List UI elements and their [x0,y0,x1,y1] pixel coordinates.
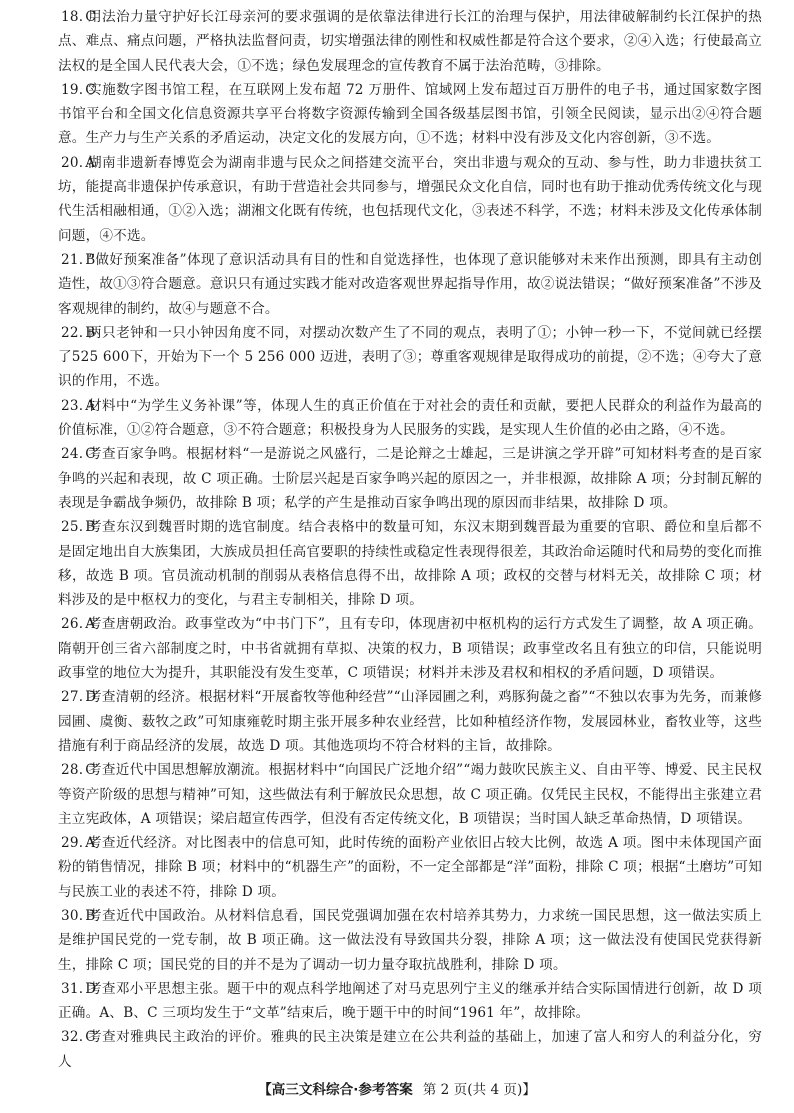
footer-title: 【高三文科综合·参考答案 [258,1082,413,1098]
answer-letter: A [85,616,95,632]
answer-letter: C [85,9,96,25]
answer-explanation: 考查唐朝政治。政事堂改为“中书门下”，且有专印，体现唐初中枢机构的运行方式发生了… [58,616,762,681]
answer-explanation: 考查近代中国政治。从材料信息看，国民党强调加强在农村培养其势力，力求统一国民思想… [58,908,762,973]
answer-item: 28.C考查近代中国思想解放潮流。根据材料中“向国民广泛地介绍”“竭力鼓吹民族主… [0,758,794,831]
question-number: 29. [61,835,83,851]
answer-explanation: 考查近代中国思想解放潮流。根据材料中“向国民广泛地介绍”“竭力鼓吹民族主义、自由… [58,762,762,827]
answer-number: 30.B [31,904,89,928]
question-number: 21. [61,252,83,268]
answer-number: 24.C [31,442,89,466]
question-number: 26. [61,616,83,632]
answer-number: 26.A [31,612,89,636]
answer-letter: B [85,325,95,341]
question-number: 22. [61,325,83,341]
answer-number: 21.B [31,248,89,272]
answer-item: 27.D考查清朝的经济。根据材料“开展畜牧等他种经营”“山泽园圃之利，鸡豚狗彘之… [0,685,794,758]
answer-letter: D [85,981,96,997]
answer-letter: C [85,1029,96,1045]
answer-number: 25.B [31,515,89,539]
question-number: 30. [61,908,83,924]
answer-explanation: “做好预案准备”体现了意识活动具有目的性和自觉选择性，也体现了意识能够对未来作出… [58,252,762,317]
answer-explanation: 考查百家争鸣。根据材料“一是游说之风盛行，二是论辩之士雄起，三是讲演之学开辟”可… [58,446,762,511]
answer-letter: C [85,446,96,462]
answer-item: 20.A湖南非遗新春博览会为湖南非遗与民众之间搭建交流平台，突出非遗与观众的互动… [0,151,794,248]
question-number: 25. [61,519,83,535]
question-number: 32. [61,1029,83,1045]
question-number: 18. [61,9,83,25]
answer-explanation: 实施数字图书馆工程，在互联网上发布超 72 万册件、馆域网上发布超过百万册件的电… [58,82,762,147]
answer-letter: B [85,519,95,535]
answer-item: 26.A考查唐朝政治。政事堂改为“中书门下”，且有专印，体现唐初中枢机构的运行方… [0,612,794,685]
answer-item: 32.C考查对雅典民主政治的评价。雅典的民主决策是建立在公共利益的基础上，加速了… [0,1025,794,1074]
answer-letter: A [85,155,95,171]
question-number: 24. [61,446,83,462]
answer-explanation: 考查东汉到魏晋时期的选官制度。结合表格中的数量可知，东汉末期到魏晋最为重要的官职… [58,519,762,608]
answer-number: 23.A [31,394,89,418]
answer-letter: B [85,908,95,924]
answer-key-page: 18.C用法治力量守护好长江母亲河的要求强调的是依靠法律进行长江的治理与保护，用… [0,5,794,1074]
answer-explanation: 两只老钟和一只小钟因角度不同，对摆动次数产生了不同的观点，表明了①；小钟一秒一下… [58,325,762,390]
answer-item: 19.C实施数字图书馆工程，在互联网上发布超 72 万册件、馆域网上发布超过百万… [0,78,794,151]
answer-item: 18.C用法治力量守护好长江母亲河的要求强调的是依靠法律进行长江的治理与保护，用… [0,5,794,78]
answer-explanation: 湖南非遗新春博览会为湖南非遗与民众之间搭建交流平台，突出非遗与观众的互动、参与性… [58,155,762,244]
answer-number: 18.C [31,5,89,29]
answer-letter: A [85,835,95,851]
answer-number: 22.B [31,321,89,345]
answer-letter: C [85,82,96,98]
answer-item: 25.B考查东汉到魏晋时期的选官制度。结合表格中的数量可知，东汉末期到魏晋最为重… [0,515,794,612]
answer-item: 24.C考查百家争鸣。根据材料“一是游说之风盛行，二是论辩之士雄起，三是讲演之学… [0,442,794,515]
answer-explanation: 材料中“为学生义务补课”等，体现人生的真正价值在于对社会的责任和贡献，要把人民群… [58,398,762,438]
answer-number: 31.D [31,977,89,1001]
answer-letter: C [85,762,96,778]
answer-letter: A [85,398,95,414]
answer-letter: D [85,689,96,705]
answer-explanation: 考查清朝的经济。根据材料“开展畜牧等他种经营”“山泽园圃之利，鸡豚狗彘之畜”“不… [58,689,762,754]
answer-letter: B [85,252,95,268]
answer-item: 22.B两只老钟和一只小钟因角度不同，对摆动次数产生了不同的观点，表明了①；小钟… [0,321,794,394]
footer-page-number: 第 2 页(共 4 页)】 [423,1082,536,1098]
page-footer: 【高三文科综合·参考答案第 2 页(共 4 页)】 [0,1078,794,1098]
answer-item: 31.D考查邓小平思想主张。题干中的观点科学地阐述了对马克思列宁主义的继承并结合… [0,977,794,1026]
answer-explanation: 考查近代经济。对比图表中的信息可知，此时传统的面粉产业依旧占较大比例，故选 A … [58,835,762,900]
question-number: 19. [61,82,83,98]
question-number: 23. [61,398,83,414]
answer-item: 29.A考查近代经济。对比图表中的信息可知，此时传统的面粉产业依旧占较大比例，故… [0,831,794,904]
answer-explanation: 考查邓小平思想主张。题干中的观点科学地阐述了对马克思列宁主义的继承并结合实际国情… [58,981,762,1021]
answer-number: 20.A [31,151,89,175]
answer-number: 29.A [31,831,89,855]
answer-item: 23.A材料中“为学生义务补课”等，体现人生的真正价值在于对社会的责任和贡献，要… [0,394,794,443]
answer-item: 30.B考查近代中国政治。从材料信息看，国民党强调加强在农村培养其势力，力求统一… [0,904,794,977]
question-number: 20. [61,155,83,171]
question-number: 28. [61,762,83,778]
answer-number: 28.C [31,758,89,782]
answer-number: 32.C [31,1025,89,1049]
answer-number: 27.D [31,685,89,709]
question-number: 31. [61,981,83,997]
answer-number: 19.C [31,78,89,102]
answer-explanation: 考查对雅典民主政治的评价。雅典的民主决策是建立在公共利益的基础上，加速了富人和穷… [58,1029,762,1069]
answer-item: 21.B“做好预案准备”体现了意识活动具有目的性和自觉选择性，也体现了意识能够对… [0,248,794,321]
answer-explanation: 用法治力量守护好长江母亲河的要求强调的是依靠法律进行长江的治理与保护，用法律破解… [58,9,762,74]
question-number: 27. [61,689,83,705]
